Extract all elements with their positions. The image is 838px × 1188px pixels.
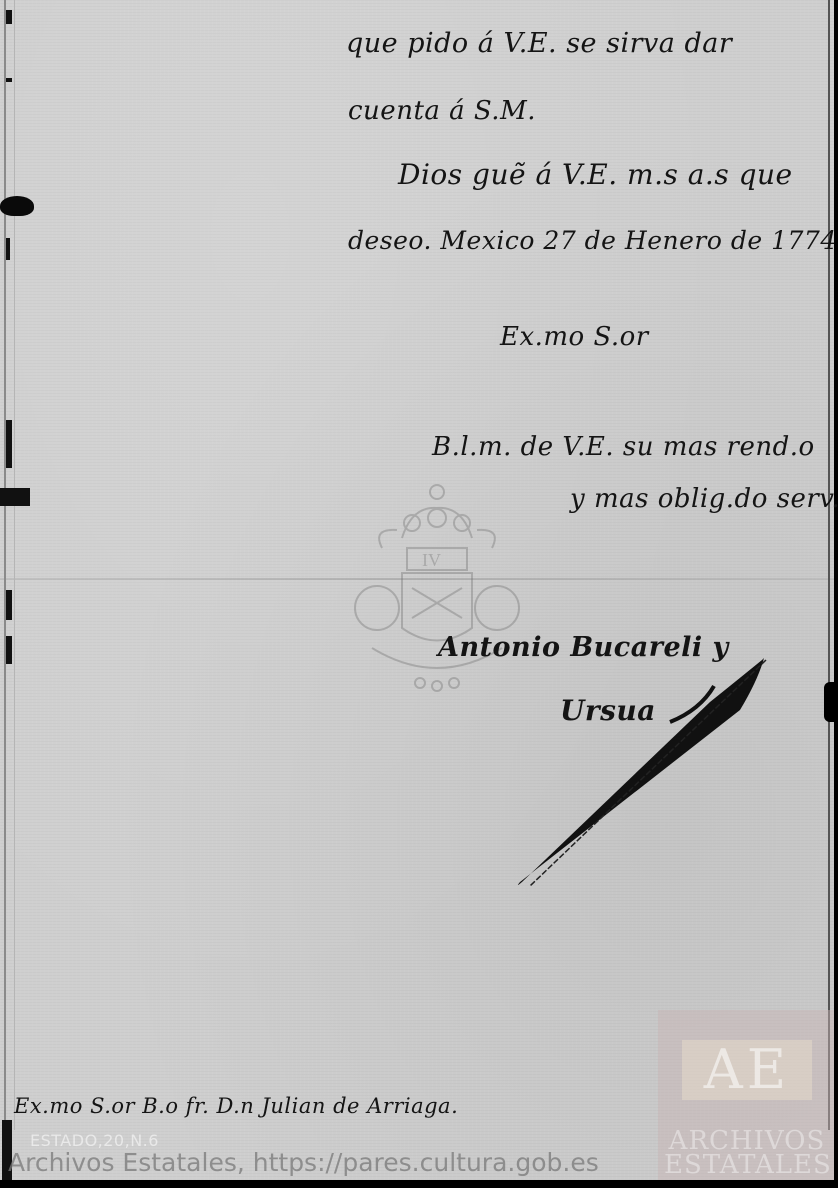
binding-stitch bbox=[6, 10, 12, 24]
body-line-4-date: deseo. Mexico 27 de Henero de 1774 bbox=[348, 226, 837, 255]
manuscript-page: que pido á V.E. se sirva dar cuenta á S.… bbox=[0, 0, 834, 1180]
binding-stitch bbox=[6, 636, 12, 664]
binding-edge bbox=[4, 0, 15, 1130]
binding-stitch bbox=[0, 488, 30, 506]
source-url-watermark: Archivos Estatales, https://pares.cultur… bbox=[8, 1148, 599, 1177]
watermark-seal-icon: IV bbox=[352, 478, 522, 698]
binding-stitch bbox=[6, 420, 12, 468]
archive-logo-letters: AE bbox=[682, 1040, 812, 1100]
binding-stitch bbox=[6, 238, 10, 260]
scan-border bbox=[0, 1180, 838, 1188]
svg-text:IV: IV bbox=[422, 550, 441, 570]
signature-courtesy-line-1: B.l.m. de V.E. su mas rend.o bbox=[432, 432, 815, 462]
archive-logo-text-2: ESTATALES bbox=[664, 1150, 830, 1180]
body-line-1: que pido á V.E. se sirva dar bbox=[346, 28, 732, 59]
binding-stitch bbox=[6, 590, 12, 620]
archive-logo-watermark: AE ARCHIVOS ESTATALES bbox=[658, 1010, 834, 1180]
closing-salutation: Ex.mo S.or bbox=[500, 322, 649, 352]
page-tear bbox=[824, 682, 834, 722]
right-page-edge bbox=[828, 0, 830, 1130]
body-line-2: cuenta á S.M. bbox=[348, 96, 536, 126]
ink-blot bbox=[0, 196, 34, 216]
signature-courtesy-line-2: y mas oblig.do serv.or bbox=[570, 484, 838, 514]
binding-stitch bbox=[6, 78, 12, 82]
body-line-3: Dios guẽ á V.E. m.s a.s que bbox=[398, 158, 793, 191]
signature-rubric-icon bbox=[500, 650, 780, 890]
addressee-line: Ex.mo S.or B.o fr. D.n Julian de Arriaga… bbox=[14, 1094, 458, 1118]
